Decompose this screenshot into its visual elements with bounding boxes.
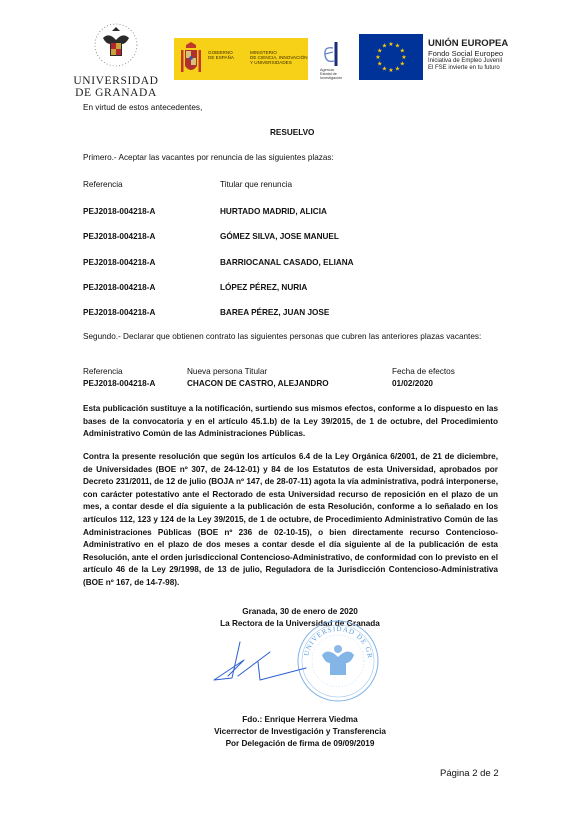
signed-by: Fdo.: Enrique Herrera Viedma bbox=[180, 714, 420, 726]
eu-text-block: UNIÓN EUROPEA Fondo Social Europeo Inici… bbox=[428, 38, 508, 73]
ministry-text-line: Y UNIVERSIDADES bbox=[250, 60, 308, 65]
university-name-line1: UNIVERSIDAD bbox=[72, 75, 160, 87]
eu-title: UNIÓN EUROPEA bbox=[428, 38, 508, 49]
eu-star-icon: ★ bbox=[395, 65, 400, 72]
table1-header-reference: Referencia bbox=[83, 179, 123, 191]
eu-star-icon: ★ bbox=[377, 61, 382, 68]
table1-holder: BARRIOCANAL CASADO, ELIANA bbox=[220, 257, 354, 269]
eu-star-icon: ★ bbox=[401, 54, 406, 61]
table2-reference: PEJ2018-004218-A bbox=[83, 378, 155, 390]
segundo-text: Segundo.- Declarar que obtienen contrato… bbox=[83, 331, 498, 344]
table1-reference: PEJ2018-004218-A bbox=[83, 257, 155, 269]
eu-star-icon: ★ bbox=[375, 54, 380, 61]
eu-flag-icon: ★★★★★★★★★★★★ bbox=[359, 34, 423, 80]
eu-star-icon: ★ bbox=[400, 48, 405, 55]
appeal-paragraph: Contra la presente resolución que según … bbox=[83, 451, 498, 590]
university-seal-icon bbox=[93, 22, 139, 68]
government-logo: GOBIERNO DE ESPAÑA MINISTERIO DE CIENCIA… bbox=[174, 38, 308, 80]
agency-text-line: Investigación bbox=[320, 76, 342, 80]
page-number: Página 2 de 2 bbox=[440, 768, 499, 779]
table1-reference: PEJ2018-004218-A bbox=[83, 307, 155, 319]
signature-delegation: Por Delegación de firma de 09/09/2019 bbox=[180, 738, 420, 750]
intro-text: En virtud de estos antecedentes, bbox=[83, 102, 202, 114]
table1-holder: GÓMEZ SILVA, JOSE MANUEL bbox=[220, 231, 339, 243]
signatory-position: Vicerrector de Investigación y Transfere… bbox=[180, 726, 420, 738]
agency-logo: Agencia Estatal de Investigación bbox=[320, 40, 344, 80]
table1-holder: HURTADO MADRID, ALICIA bbox=[220, 206, 327, 218]
table1-reference: PEJ2018-004218-A bbox=[83, 282, 155, 294]
agency-e-icon bbox=[320, 40, 344, 68]
table2-new-holder: CHACON DE CASTRO, ALEJANDRO bbox=[187, 378, 329, 390]
handwritten-signature bbox=[210, 640, 310, 685]
table1-holder: LÓPEZ PÉREZ, NURIA bbox=[220, 282, 307, 294]
table2-header-effective-date: Fecha de efectos bbox=[392, 366, 455, 378]
gov-text-line: DE ESPAÑA bbox=[208, 55, 234, 60]
table2-header-new-holder: Nueva persona Titular bbox=[187, 366, 267, 378]
spain-coat-of-arms-icon bbox=[180, 42, 202, 76]
table1-reference: PEJ2018-004218-A bbox=[83, 231, 155, 243]
eu-star-icon: ★ bbox=[388, 41, 393, 48]
university-name-line2: DE GRANADA bbox=[72, 87, 160, 99]
place-date: Granada, 30 de enero de 2020 bbox=[180, 606, 420, 618]
eu-fund: Fondo Social Europeo bbox=[428, 49, 508, 58]
primero-text: Primero.- Aceptar las vacantes por renun… bbox=[83, 152, 334, 164]
table1-reference: PEJ2018-004218-A bbox=[83, 206, 155, 218]
table1-holder: BAREA PÉREZ, JUAN JOSE bbox=[220, 307, 329, 319]
eu-slogan: El FSE invierte en tu futuro bbox=[428, 65, 508, 72]
publication-paragraph: Esta publicación sustituye a la notifica… bbox=[83, 403, 498, 441]
eu-star-icon: ★ bbox=[388, 67, 393, 74]
eu-star-icon: ★ bbox=[382, 65, 387, 72]
table1-header-holder: Titular que renuncia bbox=[220, 179, 292, 191]
eu-star-icon: ★ bbox=[382, 43, 387, 50]
eu-star-icon: ★ bbox=[400, 61, 405, 68]
eu-initiative: Iniciativa de Empleo Juvenil bbox=[428, 58, 508, 65]
resuelvo-heading: RESUELVO bbox=[270, 127, 314, 139]
table2-header-reference: Referencia bbox=[83, 366, 123, 378]
university-logo: UNIVERSIDAD DE GRANADA bbox=[72, 22, 160, 98]
table2-effective-date: 01/02/2020 bbox=[392, 378, 433, 390]
